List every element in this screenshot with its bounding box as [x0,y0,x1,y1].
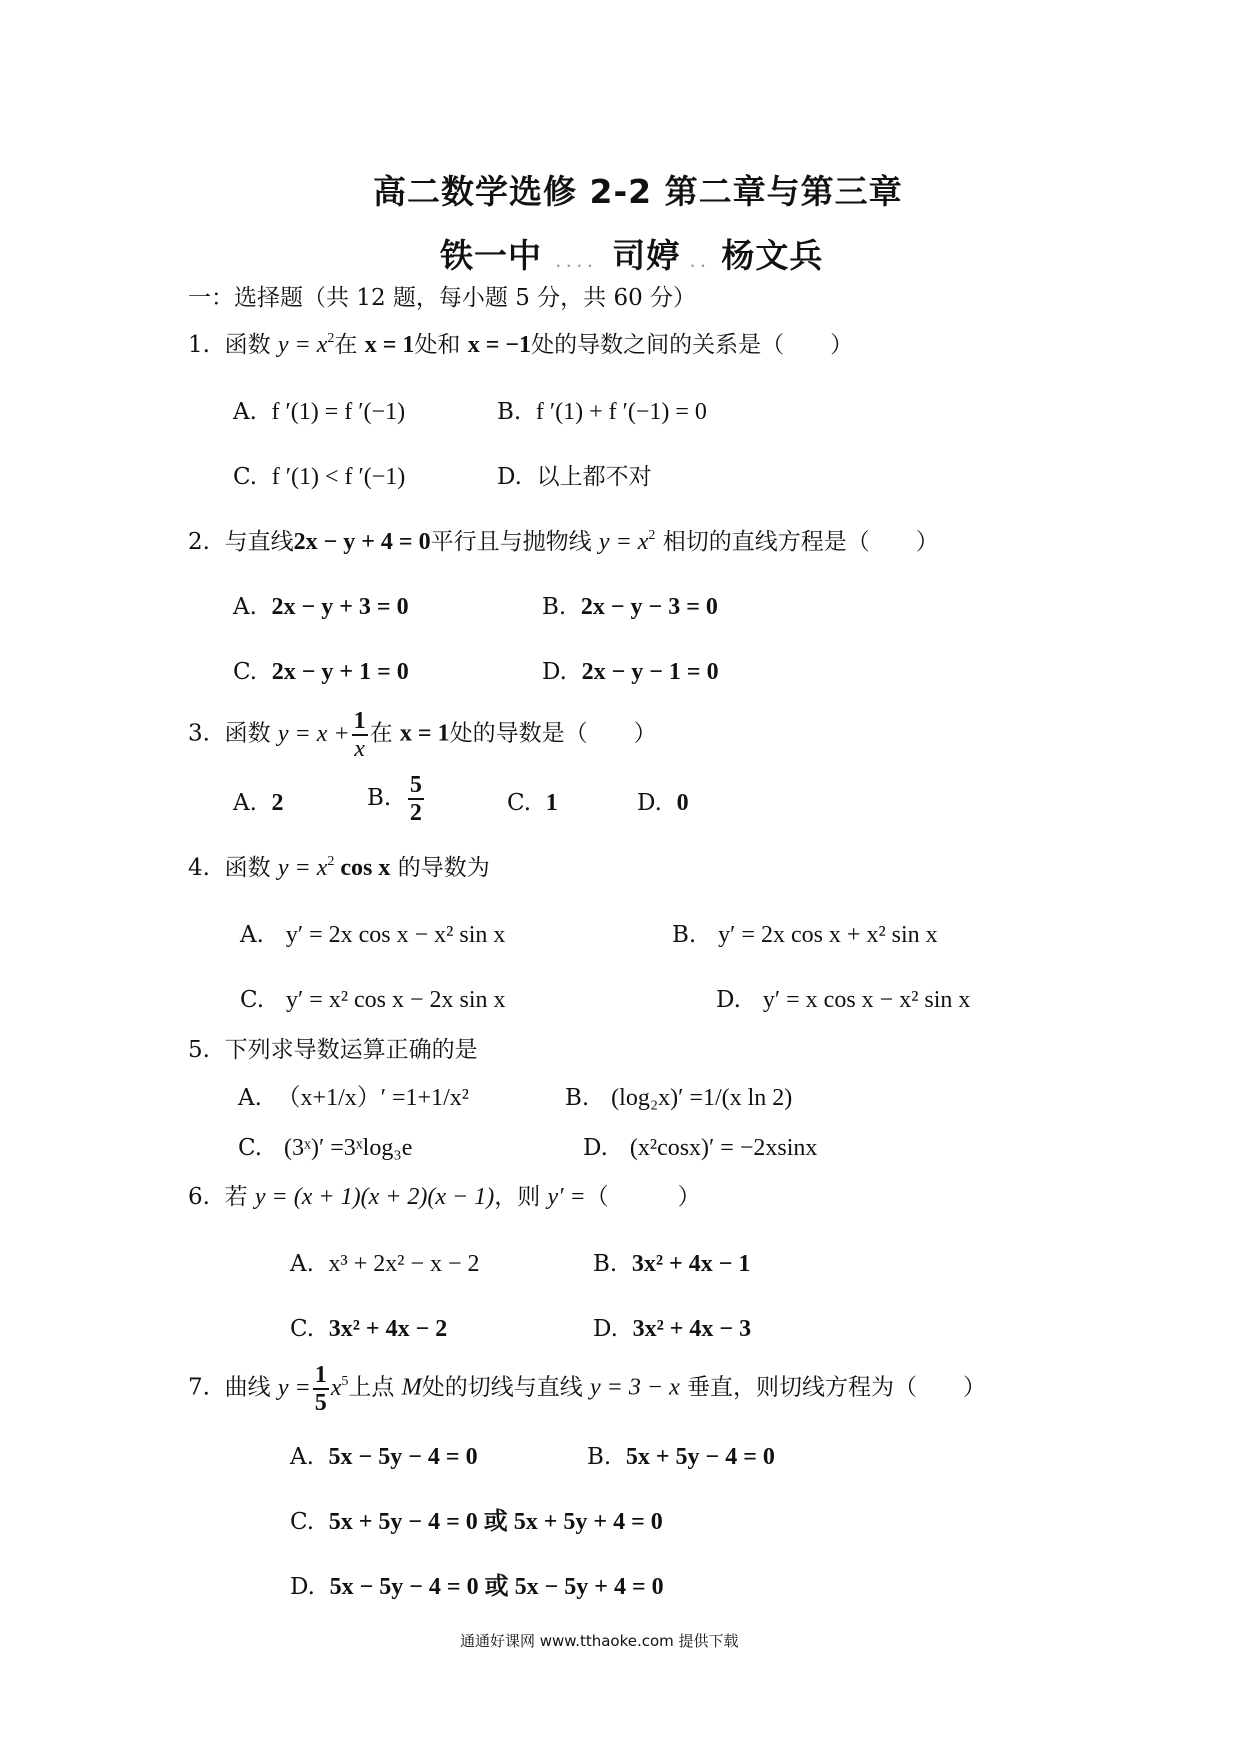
option-7a[interactable]: A. 5x − 5y − 4 = 0 [290,1442,478,1472]
question-number: 3. [188,721,210,747]
stem-text: 在 [370,721,393,747]
option-3d[interactable]: D. 0 [637,788,689,818]
stem-text: 在 [334,332,357,358]
math-expr: y = x2 [278,332,335,358]
document-title: 高二数学选修 2-2 第二章与第三章 [373,166,903,213]
stem-text: 垂直，则切线方程为（ ） [687,1375,986,1401]
question-number: 1. [188,332,210,358]
stem-text: 函数 [225,855,271,881]
author-line: 铁一中....司婷..杨文兵 [440,230,823,277]
option-6a[interactable]: A. x³ + 2x² − x − 2 [290,1249,480,1279]
question-5: 5. 下列求导数运算正确的是 [188,1035,478,1065]
author-2: 杨文兵 [721,236,823,275]
stem-text: 与直线 [225,529,294,555]
option-4a[interactable]: A. y′ = 2x cos x − x² sin x [240,920,505,950]
stem-text: 处和 [414,332,460,358]
stem-text: 平行且与抛物线 [431,529,592,555]
fraction: 52 [408,772,424,826]
stem-text: 曲线 [225,1375,271,1401]
stem-text: 的导数为 [398,855,490,881]
page-footer: 通通好课网 www.tthaoke.com 提供下载 [460,1630,739,1651]
stem-text: 函数 [225,332,271,358]
question-6: 6. 若 y = (x + 1)(x + 2)(x − 1)，则 y′ =（ ） [188,1182,701,1212]
stem-text: 下列求导数运算正确的是 [225,1037,478,1063]
question-number: 4. [188,855,210,881]
option-7c[interactable]: C. 5x + 5y − 4 = 0 或 5x + 5y + 4 = 0 [290,1507,663,1537]
option-4c[interactable]: C. y′ = x² cos x − 2x sin x [240,985,506,1015]
option-3c[interactable]: C. 1 [507,788,558,818]
question-number: 2. [188,529,210,555]
school-name: 铁一中 [440,236,542,275]
option-4d[interactable]: D. y′ = x cos x − x² sin x [716,985,970,1015]
question-number: 6. [188,1184,210,1210]
math-expr: y = x +1x [278,721,370,747]
option-7d[interactable]: D. 5x − 5y − 4 = 0 或 5x − 5y + 4 = 0 [290,1572,664,1602]
math-expr: y = x2 [599,529,656,555]
math-expr: 2x − y + 4 = 0 [294,529,431,555]
option-3a[interactable]: A. 2 [233,788,284,818]
question-4: 4. 函数 y = x2 cos x 的导数为 [188,853,490,883]
question-number: 5. [188,1037,210,1063]
option-2d[interactable]: D. 2x − y − 1 = 0 [542,657,719,687]
math-expr: x = 1 [400,721,450,747]
option-2a[interactable]: A. 2x − y + 3 = 0 [233,592,409,622]
math-expr: M [402,1375,422,1401]
option-2b[interactable]: B. 2x − y − 3 = 0 [542,592,718,622]
math-expr: y = x2 cos x [278,855,391,881]
option-6c[interactable]: C. 3x² + 4x − 2 [290,1314,447,1344]
option-7b[interactable]: B. 5x + 5y − 4 = 0 [587,1442,775,1472]
math-expr: x = 1 [365,332,415,358]
math-expr: y = (x + 1)(x + 2)(x − 1) [255,1184,494,1210]
option-3b[interactable]: B. 52 [367,772,426,826]
question-1: 1. 函数 y = x2在 x = 1处和 x = −1处的导数之间的关系是（ … [188,330,853,360]
stem-text: 相切的直线方程是（ ） [663,529,939,555]
stem-text: 处的切线与直线 [422,1375,583,1401]
option-2c[interactable]: C. 2x − y + 1 = 0 [233,657,409,687]
stem-text: 处的导数是（ ） [450,721,657,747]
question-number: 7. [188,1375,210,1401]
stem-text: ，则 [494,1184,540,1210]
stem-text: （ ） [586,1184,701,1210]
option-5c[interactable]: C. (3ˣ)′ =3ˣlog₃e [238,1133,412,1163]
option-5d[interactable]: D. (x²cosx)′ = −2xsinx [583,1133,817,1163]
math-expr: y = 3 − x [590,1375,680,1401]
option-4b[interactable]: B. y′ = 2x cos x + x² sin x [672,920,938,950]
option-5a[interactable]: A. （x+1/x）′ =1+1/x² [238,1083,469,1113]
dot-leader: .... [556,256,598,270]
option-1b[interactable]: B. f ′(1) + f ′(−1) = 0 [497,397,707,427]
question-7: 7. 曲线 y =15x5上点 M处的切线与直线 y = 3 − x 垂直，则切… [188,1362,986,1416]
math-expr: y =15x5 [278,1375,349,1401]
option-1c[interactable]: C. f ′(1) < f ′(−1) [233,462,405,492]
math-expr: y′ = [548,1184,586,1210]
option-1d[interactable]: D. 以上都不对 [497,462,652,492]
dot-leader: .. [690,256,711,270]
question-2: 2. 与直线2x − y + 4 = 0平行且与抛物线 y = x2 相切的直线… [188,527,939,557]
stem-text: 函数 [225,721,271,747]
author-1: 司婷 [612,236,680,275]
option-5b[interactable]: B. (log₂x)′ =1/(x ln 2) [565,1083,792,1113]
section-heading: 一：选择题（共 12 题，每小题 5 分，共 60 分） [188,283,696,313]
option-6d[interactable]: D. 3x² + 4x − 3 [593,1314,751,1344]
fraction: 15 [313,1362,329,1416]
fraction: 1x [352,708,368,762]
option-1a[interactable]: A. f ′(1) = f ′(−1) [233,397,405,427]
option-6b[interactable]: B. 3x² + 4x − 1 [593,1249,750,1279]
math-expr: x = −1 [468,332,531,358]
stem-text: 上点 [348,1375,394,1401]
stem-text: 处的导数之间的关系是（ ） [531,332,853,358]
stem-text: 若 [225,1184,248,1210]
question-3: 3. 函数 y = x +1x在 x = 1处的导数是（ ） [188,708,657,762]
